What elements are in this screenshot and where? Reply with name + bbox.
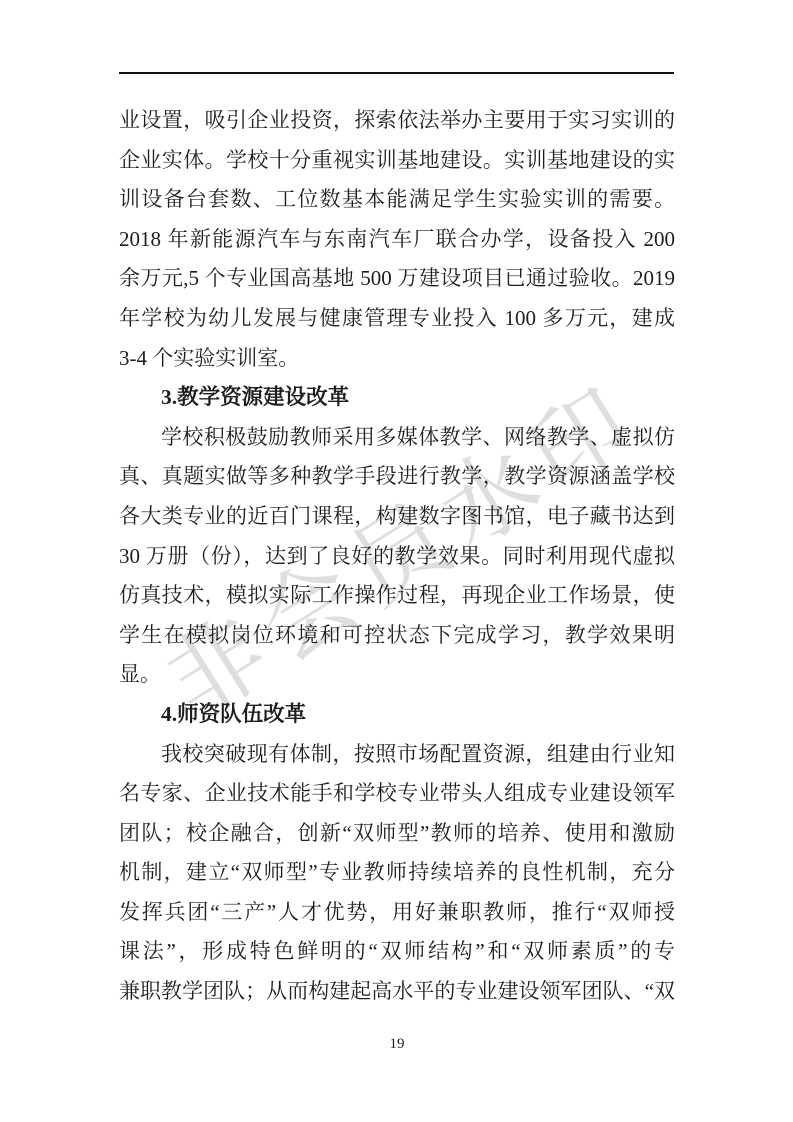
- text-line: 机制，建立“双师型”专业教师持续培养的良性机制，充分: [119, 853, 675, 893]
- text-line: 课法”，形成特色鲜明的“双师结构”和“双师素质”的专: [119, 932, 675, 972]
- text-line: 发挥兵团“三产”人才优势，用好兼职教师，推行“双师授: [119, 893, 675, 933]
- section-heading: 4.师资队伍改革: [119, 695, 675, 735]
- text-line: 企业实体。学校十分重视实训基地建设。实训基地建设的实: [119, 141, 675, 181]
- section-heading: 3.教学资源建设改革: [119, 378, 675, 418]
- text-line: 3-4 个实验实训室。: [119, 339, 675, 379]
- text-line: 我校突破现有体制，按照市场配置资源，组建由行业知: [119, 735, 675, 775]
- text-line: 学生在模拟岗位环境和可控状态下完成学习，教学效果明: [119, 616, 675, 656]
- text-line: 余万元,5 个专业国高基地 500 万建设项目已通过验收。2019: [119, 259, 675, 299]
- text-line: 业设置，吸引企业投资，探索依法举办主要用于实习实训的: [119, 101, 675, 141]
- page-number: 19: [119, 1036, 675, 1053]
- text-line: 真、真题实做等多种教学手段进行教学，教学资源涵盖学校: [119, 457, 675, 497]
- text-line: 各大类专业的近百门课程，构建数字图书馆，电子藏书达到: [119, 497, 675, 537]
- text-line: 显。: [119, 655, 675, 695]
- document-page: 非会员水印 业设置，吸引企业投资，探索依法举办主要用于实习实训的企业实体。学校十…: [0, 0, 793, 1122]
- text-line: 年学校为幼儿发展与健康管理专业投入 100 多万元，建成: [119, 299, 675, 339]
- text-line: 兼职教学团队；从而构建起高水平的专业建设领军团队、“双: [119, 972, 675, 1012]
- text-line: 训设备台套数、工位数基本能满足学生实验实训的需要。: [119, 180, 675, 220]
- header-rule: [119, 72, 674, 74]
- text-line: 名专家、企业技术能手和学校专业带头人组成专业建设领军: [119, 774, 675, 814]
- text-line: 30 万册（份），达到了良好的教学效果。同时利用现代虚拟: [119, 537, 675, 577]
- text-line: 2018 年新能源汽车与东南汽车厂联合办学，设备投入 200: [119, 220, 675, 260]
- text-line: 团队；校企融合，创新“双师型”教师的培养、使用和激励: [119, 814, 675, 854]
- text-line: 学校积极鼓励教师采用多媒体教学、网络教学、虚拟仿: [119, 418, 675, 458]
- document-body: 业设置，吸引企业投资，探索依法举办主要用于实习实训的企业实体。学校十分重视实训基…: [119, 101, 675, 1012]
- text-line: 仿真技术，模拟实际工作操作过程，再现企业工作场景，使: [119, 576, 675, 616]
